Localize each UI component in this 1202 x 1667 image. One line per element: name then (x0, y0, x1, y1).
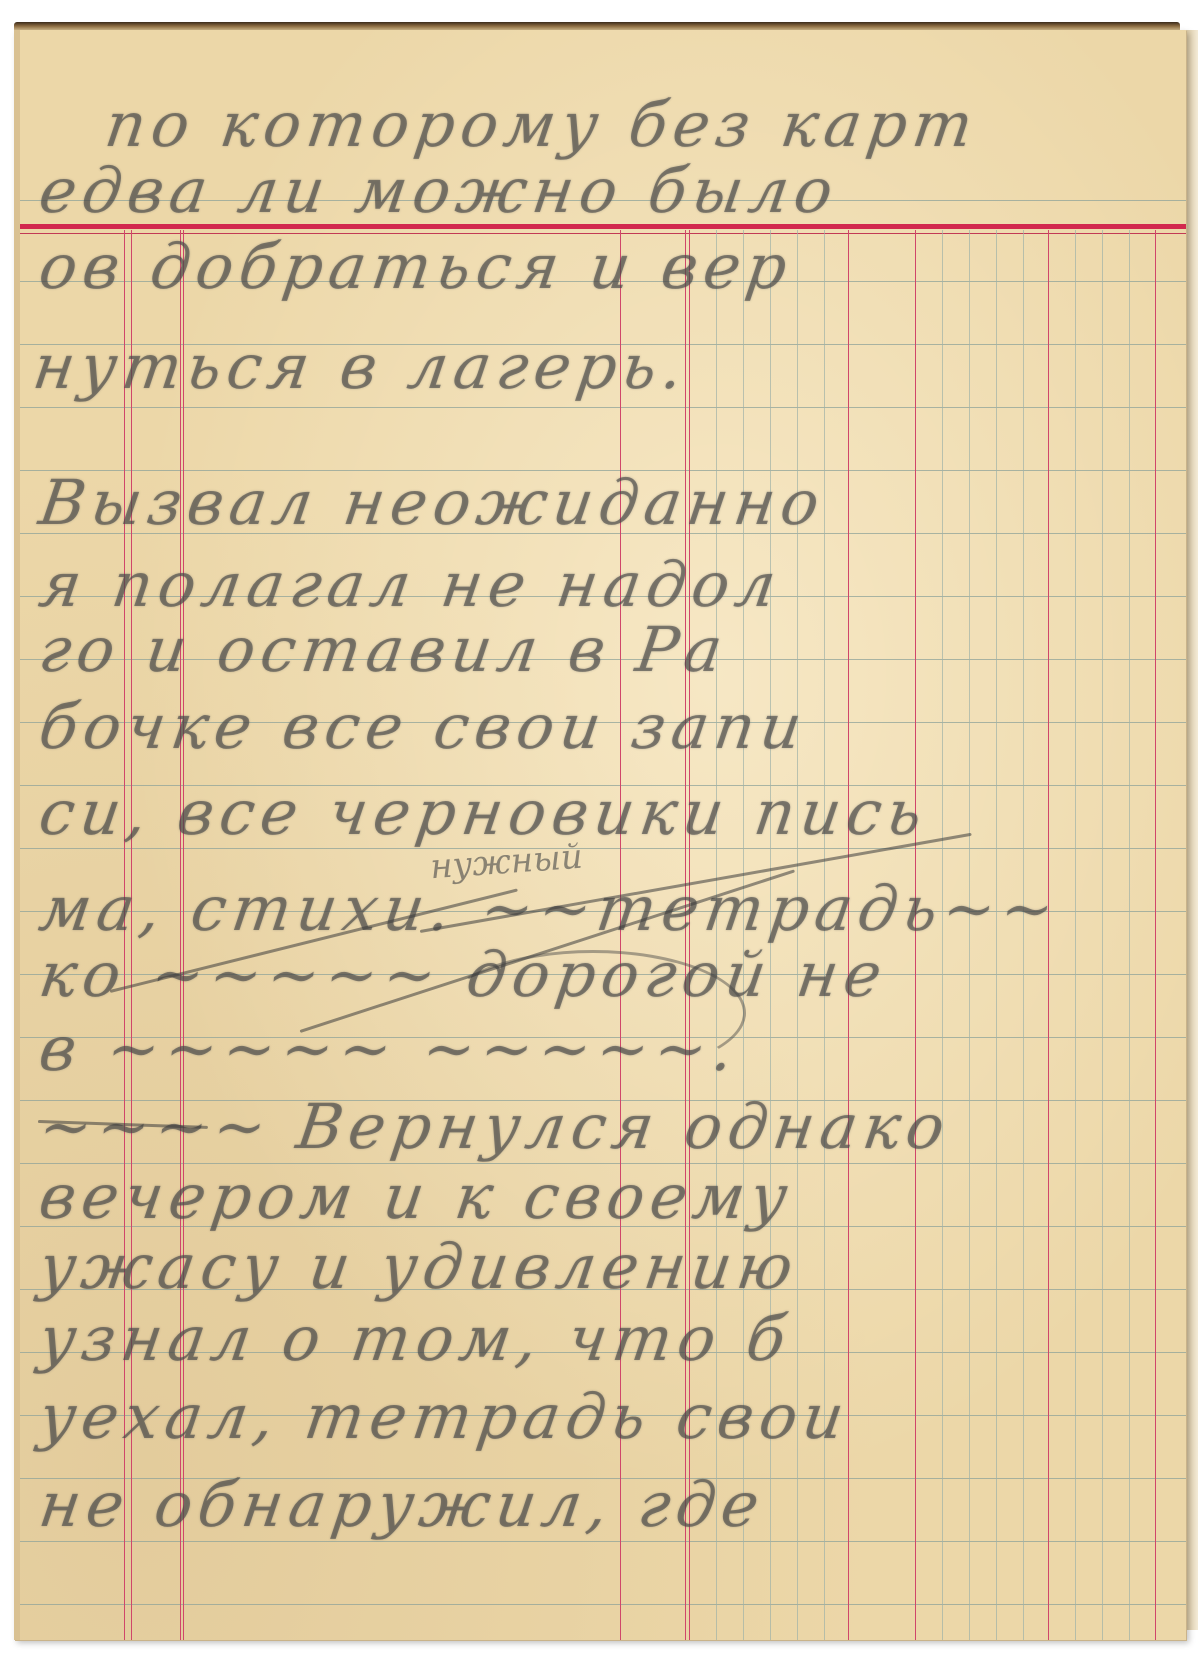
handwriting-line: ужасу и удивлению (35, 1230, 804, 1303)
scribble-mark (440, 950, 746, 1076)
handwriting-line: узнал о том, что б (35, 1302, 796, 1375)
notebook-page: по которому без карт едва ли можно было … (14, 30, 1186, 1640)
handwriting-line: ов добраться и вер (35, 230, 798, 303)
handwriting-line: бочке все свои запи (35, 690, 812, 763)
vertical-grid-ruling (1129, 230, 1130, 1640)
handwriting-line: я полагал не надол (35, 548, 786, 621)
handwriting-line: по которому без карт (101, 88, 983, 161)
vertical-red-ruling (1155, 230, 1156, 1640)
horizontal-ruling (20, 407, 1186, 408)
handwriting-line: уехал, тетрадь свои (35, 1380, 854, 1453)
handwriting-line: не обнаружил, где (35, 1468, 770, 1541)
handwriting-line: си, все черновики пись (35, 776, 933, 849)
handwriting-line: Вызвал неожиданно (35, 466, 830, 539)
handwriting-line: едва ли можно было (35, 154, 843, 227)
horizontal-ruling (20, 1541, 1186, 1542)
vertical-grid-ruling (1102, 230, 1103, 1640)
handwriting-line: вечером и к своему (35, 1160, 798, 1233)
vertical-grid-ruling (1075, 230, 1076, 1640)
horizontal-ruling (20, 1604, 1186, 1605)
handwriting-line: го и оставил в Ра (35, 613, 733, 686)
handwriting-line: нуться в лагерь. (29, 330, 694, 403)
